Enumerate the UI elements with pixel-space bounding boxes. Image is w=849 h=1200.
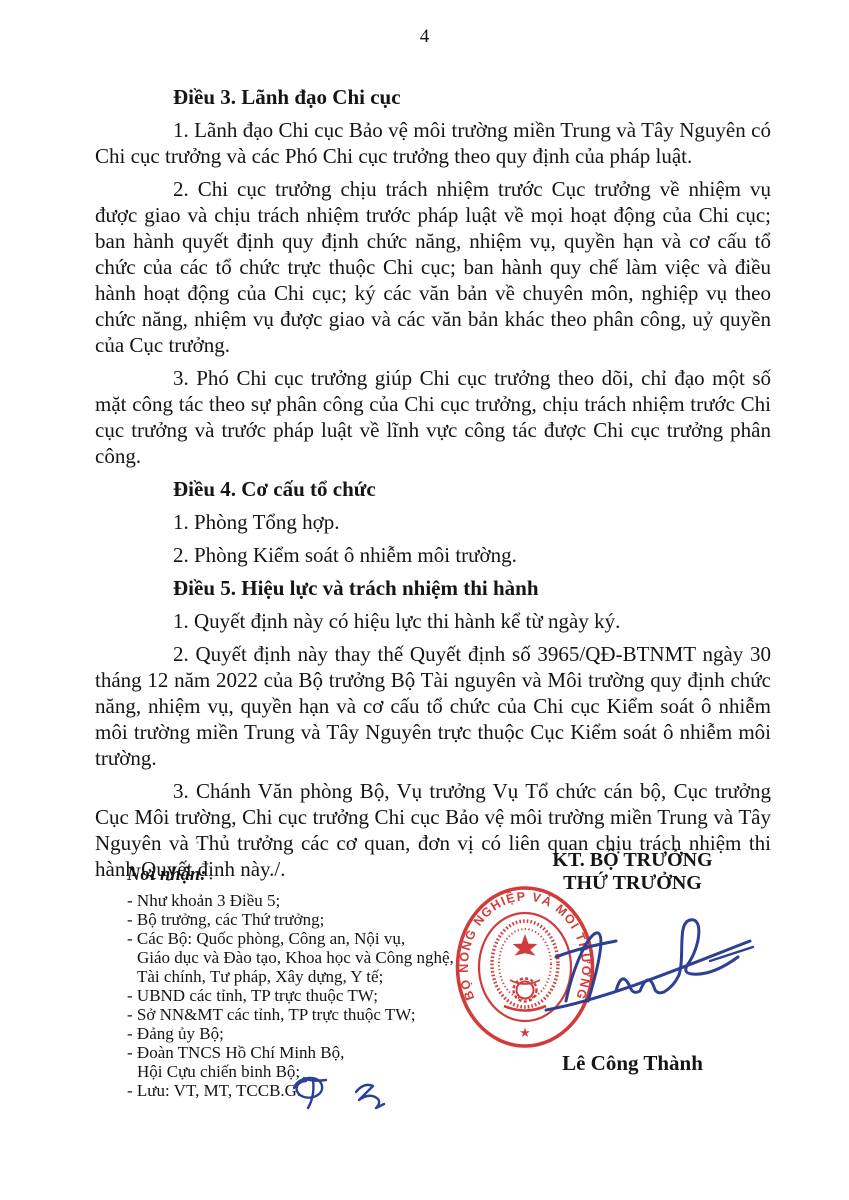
paraph-initials (280, 1066, 398, 1118)
recipient-line: - Các Bộ: Quốc phòng, Công an, Nội vụ, (127, 929, 462, 948)
article-paragraph: 1. Quyết định này có hiệu lực thi hành k… (95, 608, 771, 634)
scan-artifact-dot (196, 841, 199, 844)
document-body: Điều 3. Lãnh đạo Chi cục1. Lãnh đạo Chi … (95, 84, 771, 889)
article-paragraph: 2. Quyết định này thay thế Quyết định số… (95, 641, 771, 771)
article-paragraph: 3. Phó Chi cục trưởng giúp Chi cục trưởn… (95, 365, 771, 469)
recipient-line: - Bộ trưởng, các Thứ trưởng; (127, 910, 462, 929)
article-heading: Điều 5. Hiệu lực và trách nhiệm thi hành (95, 575, 771, 601)
page-number: 4 (0, 26, 849, 48)
signer-authority-line: KT. BỘ TRƯỞNG (450, 849, 815, 872)
recipient-line: - Như khoản 3 Điều 5; (127, 891, 462, 910)
recipient-line: - Đoàn TNCS Hồ Chí Minh Bộ, (127, 1043, 462, 1062)
article-heading: Điều 3. Lãnh đạo Chi cục (95, 84, 771, 110)
recipients-block: Nơi nhận: - Như khoản 3 Điều 5;- Bộ trưở… (127, 866, 462, 1100)
article-heading: Điều 4. Cơ cấu tổ chức (95, 476, 771, 502)
recipient-line: - UBND các tỉnh, TP trực thuộc TW; (127, 986, 462, 1005)
recipients-label: Nơi nhận: (127, 866, 462, 885)
signer-name: Lê Công Thành (450, 1051, 815, 1076)
emblem-star (513, 934, 538, 956)
signature-scribble (538, 903, 758, 1018)
article-paragraph: 1. Lãnh đạo Chi cục Bảo vệ môi trường mi… (95, 117, 771, 169)
article-paragraph: 1. Phòng Tổng hợp. (95, 509, 771, 535)
recipient-line: Tài chính, Tư pháp, Xây dựng, Y tế; (127, 967, 462, 986)
recipient-line: Giáo dục và Đào tạo, Khoa học và Công ng… (127, 948, 462, 967)
article-paragraph: 2. Phòng Kiểm soát ô nhiễm môi trường. (95, 542, 771, 568)
seal-bottom-star: ★ (519, 1025, 531, 1040)
article-paragraph: 2. Chi cục trưởng chịu trách nhiệm trước… (95, 176, 771, 358)
recipient-line: - Sở NN&MT các tỉnh, TP trực thuộc TW; (127, 1005, 462, 1024)
document-page: 4 Điều 3. Lãnh đạo Chi cục1. Lãnh đạo Ch… (0, 0, 849, 1200)
recipient-line: - Đảng ủy Bộ; (127, 1024, 462, 1043)
